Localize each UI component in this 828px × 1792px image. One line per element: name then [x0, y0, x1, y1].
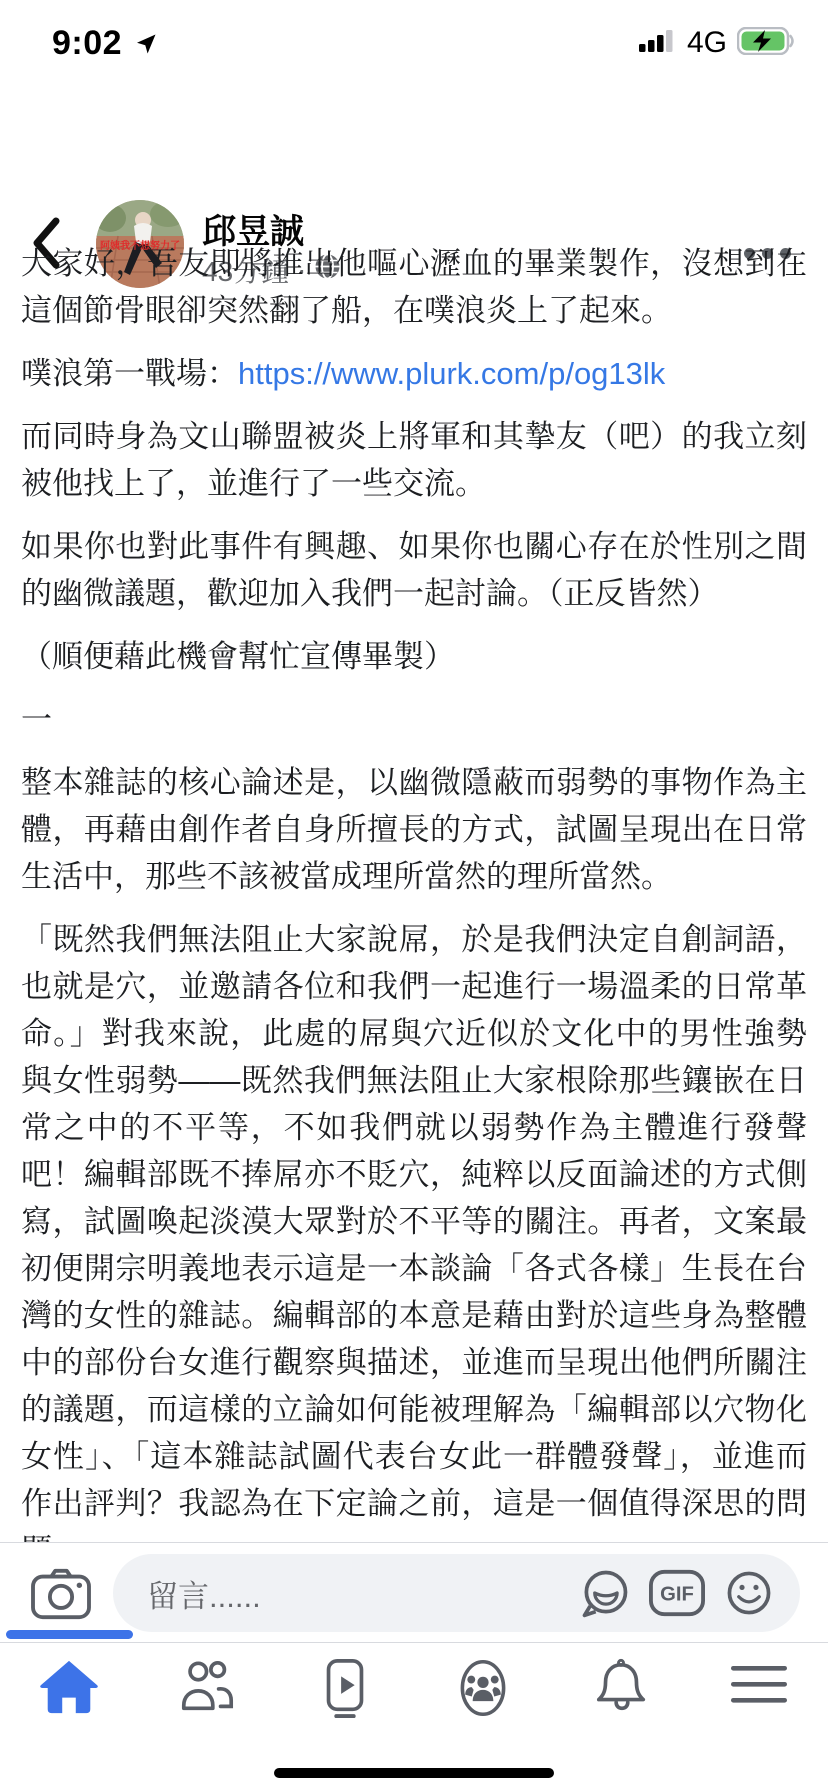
home-indicator[interactable] [274, 1768, 554, 1778]
svg-text:GIF: GIF [660, 1584, 694, 1606]
signal-bars-icon [639, 29, 677, 58]
status-bar: 9:02 4G [0, 0, 828, 88]
link-prefix: 噗浪第一戰場： [21, 356, 238, 391]
tab-menu[interactable] [690, 1643, 828, 1792]
post-paragraph: 如果你也對此事件有興趣、如果你也關心存在於性別之間的幽微議題，歡迎加入我們一起討… [21, 523, 807, 617]
tab-friends[interactable] [138, 1643, 276, 1792]
post-paragraph: 整本雜誌的核心論述是，以幽微隱蔽而弱勢的事物作為主體，再藉由創作者自身所擅長的方… [21, 759, 807, 900]
post-paragraph: 噗浪第一戰場：https://www.plurk.com/p/og13lk [21, 350, 807, 397]
post-paragraph: 而同時身為文山聯盟被炎上將軍和其摯友（吧）的我立刻被他找上了，並進行了一些交流。 [21, 413, 807, 507]
smiley-icon[interactable] [722, 1565, 776, 1621]
bell-icon [592, 1657, 650, 1719]
home-icon [38, 1657, 100, 1717]
location-arrow-icon [134, 32, 158, 61]
gif-icon[interactable]: GIF [648, 1565, 706, 1621]
sticker-icon[interactable] [578, 1565, 632, 1621]
comment-placeholder: 留言...... [147, 1571, 578, 1616]
active-tab-indicator [6, 1630, 133, 1639]
network-type: 4G [687, 26, 727, 60]
post-paragraph: 大家好，吾友即將推出他嘔心瀝血的畢業製作，沒想到在這個節骨眼卻突然翻了船，在噗浪… [21, 240, 807, 334]
friends-icon [175, 1657, 239, 1717]
clock-time: 9:02 [52, 24, 122, 63]
menu-icon [726, 1657, 792, 1715]
comment-bar: 留言...... GIF [0, 1542, 828, 1643]
post-paragraph: 「既然我們無法阻止大家說屌，於是我們決定自創詞語，也就是穴，並邀請各位和我們一起… [21, 916, 807, 1542]
comment-input[interactable]: 留言...... GIF [113, 1554, 800, 1632]
post-paragraph: 一 [21, 696, 807, 743]
facebook-post-screen: 9:02 4G [0, 0, 828, 1792]
post-body: 大家好，吾友即將推出他嘔心瀝血的畢業製作，沒想到在這個節骨眼卻突然翻了船，在噗浪… [0, 240, 828, 1542]
battery-charging-icon [737, 27, 795, 60]
tab-notifications[interactable] [552, 1643, 690, 1792]
tab-home[interactable] [0, 1643, 138, 1792]
watch-icon [314, 1657, 376, 1719]
plurk-link[interactable]: https://www.plurk.com/p/og13lk [238, 356, 665, 391]
post-header: 阿姨我不想努力了 邱昱誠 43分鐘 · [0, 92, 828, 210]
groups-icon [453, 1657, 513, 1719]
camera-button[interactable] [30, 1565, 92, 1626]
post-paragraph: （順便藉此機會幫忙宣傳畢製） [21, 633, 807, 680]
